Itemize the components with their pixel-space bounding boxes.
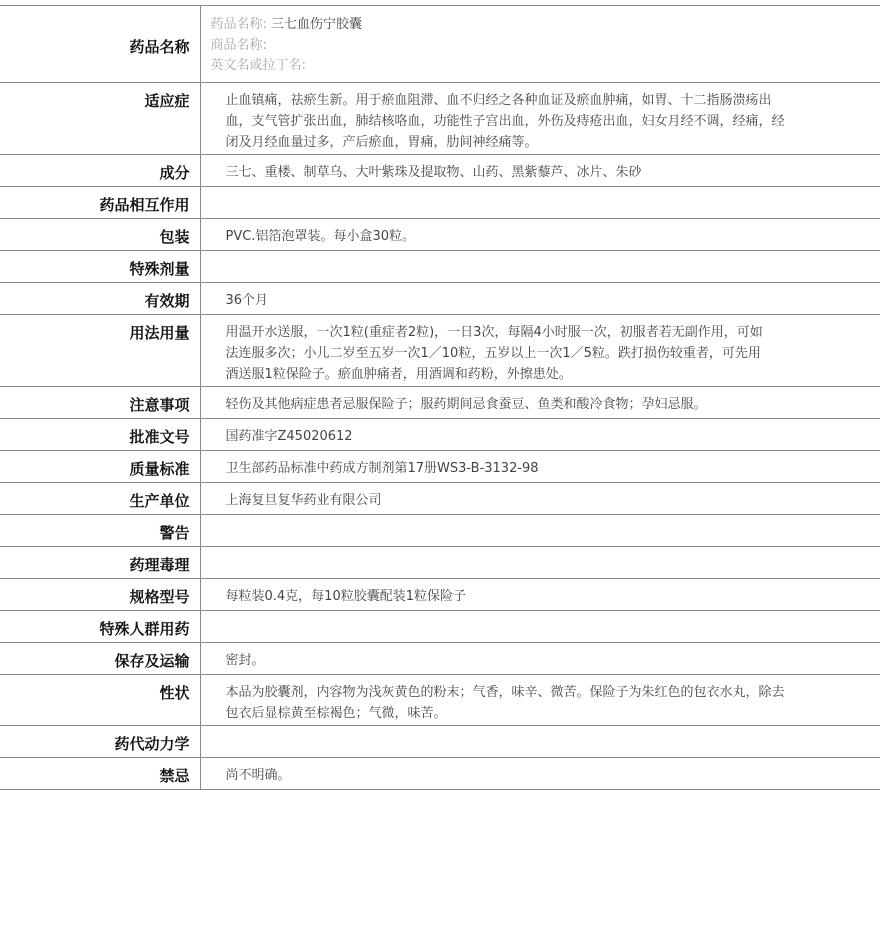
row-description: 性状 本品为胶囊剂，内容物为浅灰黄色的粉末；气香，味辛、微苦。保险子为朱红色的包…: [0, 675, 880, 726]
row-label: 生产单位: [0, 483, 200, 515]
row-value: 卫生部药品标准中药成方制剂第17册WS3-B-3132-98: [200, 451, 880, 483]
generic-name-line: 药品名称: 三七血伤宁胶囊: [211, 15, 880, 36]
row-interactions: 药品相互作用: [0, 187, 880, 219]
row-label: 药品名称: [0, 6, 200, 83]
trade-name-prefix: 商品名称:: [211, 38, 267, 53]
row-value: [200, 251, 880, 283]
row-label: 批准文号: [0, 419, 200, 451]
row-value: 36个月: [200, 283, 880, 315]
row-special-dosage: 特殊剂量: [0, 251, 880, 283]
latin-name-line: 英文名或拉丁名:: [211, 56, 880, 77]
row-value: 本品为胶囊剂，内容物为浅灰黄色的粉末；气香，味辛、微苦。保险子为朱红色的包衣水丸…: [226, 682, 791, 724]
row-contraindications: 禁忌 尚不明确。: [0, 758, 880, 790]
row-label: 药代动力学: [0, 726, 200, 758]
trade-name-line: 商品名称:: [211, 36, 880, 57]
row-label: 规格型号: [0, 579, 200, 611]
row-value: [200, 726, 880, 758]
row-value: 止血镇痛，祛瘀生新。用于瘀血阻滞、血不归经之各种血证及瘀血肿痛，如胃、十二指肠溃…: [226, 90, 791, 153]
row-value: 密封。: [200, 643, 880, 675]
row-label: 保存及运输: [0, 643, 200, 675]
row-value: 上海复旦复华药业有限公司: [200, 483, 880, 515]
row-indications: 适应症 止血镇痛，祛瘀生新。用于瘀血阻滞、血不归经之各种血证及瘀血肿痛，如胃、十…: [0, 83, 880, 155]
row-drug-name: 药品名称 药品名称: 三七血伤宁胶囊 商品名称: 英文名或拉丁名:: [0, 6, 880, 83]
row-label: 性状: [0, 675, 200, 726]
row-pharmacokinetics: 药代动力学: [0, 726, 880, 758]
row-storage: 保存及运输 密封。: [0, 643, 880, 675]
row-label: 适应症: [0, 83, 200, 155]
row-label: 包装: [0, 219, 200, 251]
row-specification: 规格型号 每粒装0.4克，每10粒胶囊配装1粒保险子: [0, 579, 880, 611]
row-approval-number: 批准文号 国药准字Z45020612: [0, 419, 880, 451]
row-value: 每粒装0.4克，每10粒胶囊配装1粒保险子: [200, 579, 880, 611]
row-manufacturer: 生产单位 上海复旦复华药业有限公司: [0, 483, 880, 515]
row-label: 用法用量: [0, 315, 200, 387]
row-label: 药理毒理: [0, 547, 200, 579]
row-usage-dosage: 用法用量 用温开水送服，一次1粒(重症者2粒)，一日3次，每隔4小时服一次，初服…: [0, 315, 880, 387]
row-label: 成分: [0, 155, 200, 187]
row-value: [200, 611, 880, 643]
row-value: PVC.铝箔泡罩装。每小盒30粒。: [200, 219, 880, 251]
row-label: 质量标准: [0, 451, 200, 483]
row-label: 有效期: [0, 283, 200, 315]
row-label: 特殊剂量: [0, 251, 200, 283]
latin-name-prefix: 英文名或拉丁名:: [211, 58, 306, 73]
drug-spec-table: 药品名称 药品名称: 三七血伤宁胶囊 商品名称: 英文名或拉丁名: 适应症 止血…: [0, 5, 880, 790]
row-label: 禁忌: [0, 758, 200, 790]
row-value: 尚不明确。: [200, 758, 880, 790]
row-quality-standard: 质量标准 卫生部药品标准中药成方制剂第17册WS3-B-3132-98: [0, 451, 880, 483]
row-label: 警告: [0, 515, 200, 547]
row-label: 注意事项: [0, 387, 200, 419]
generic-name-value: 三七血伤宁胶囊: [271, 17, 362, 32]
row-label: 特殊人群用药: [0, 611, 200, 643]
row-value: 三七、重楼、制草乌、大叶紫珠及提取物、山药、黑紫藜芦、冰片、朱砂: [200, 155, 880, 187]
row-pharmacology: 药理毒理: [0, 547, 880, 579]
row-ingredients: 成分 三七、重楼、制草乌、大叶紫珠及提取物、山药、黑紫藜芦、冰片、朱砂: [0, 155, 880, 187]
row-value: [200, 187, 880, 219]
generic-name-prefix: 药品名称:: [211, 17, 267, 32]
row-warning: 警告: [0, 515, 880, 547]
row-value: [200, 515, 880, 547]
row-value: 用温开水送服，一次1粒(重症者2粒)，一日3次，每隔4小时服一次，初服者若无副作…: [226, 322, 766, 385]
row-special-populations: 特殊人群用药: [0, 611, 880, 643]
row-value: [200, 547, 880, 579]
row-precautions: 注意事项 轻伤及其他病症患者忌服保险子；服药期间忌食蚕豆、鱼类和酸冷食物；孕妇忌…: [0, 387, 880, 419]
row-value: 国药准字Z45020612: [200, 419, 880, 451]
row-label: 药品相互作用: [0, 187, 200, 219]
row-value: 轻伤及其他病症患者忌服保险子；服药期间忌食蚕豆、鱼类和酸冷食物；孕妇忌服。: [200, 387, 880, 419]
row-value: 药品名称: 三七血伤宁胶囊 商品名称: 英文名或拉丁名:: [200, 6, 880, 83]
row-packaging: 包装 PVC.铝箔泡罩装。每小盒30粒。: [0, 219, 880, 251]
row-shelf-life: 有效期 36个月: [0, 283, 880, 315]
